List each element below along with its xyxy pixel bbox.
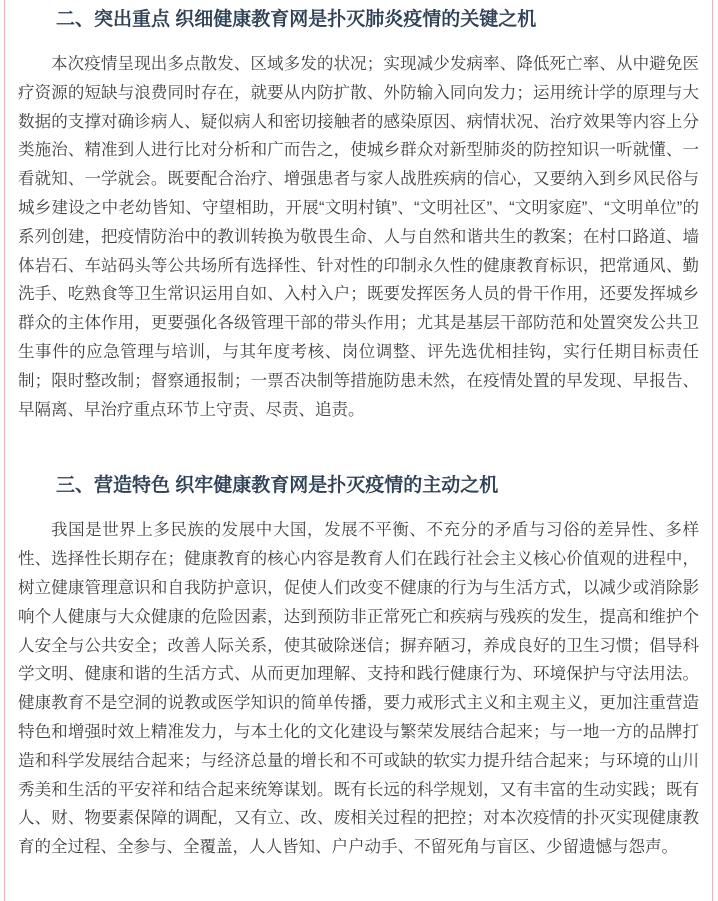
section-three-paragraph: 我国是世界上多民族的发展中大国，发展不平衡、不充分的矛盾与习俗的差异性、多样性、… xyxy=(18,516,699,862)
section-two-paragraph: 本次疫情呈现出多点散发、区域多发的状况；实现减少发病率、降低死亡率、从中避免医疗… xyxy=(18,50,699,424)
section-heading-two: 二、突出重点 织细健康教育网是扑灭肺炎疫情的关键之机 xyxy=(18,6,699,33)
article-page: 二、突出重点 织细健康教育网是扑灭肺炎疫情的关键之机 本次疫情呈现出多点散发、区… xyxy=(4,0,713,901)
section-heading-three: 三、营造特色 织牢健康教育网是扑灭疫情的主动之机 xyxy=(18,472,699,499)
